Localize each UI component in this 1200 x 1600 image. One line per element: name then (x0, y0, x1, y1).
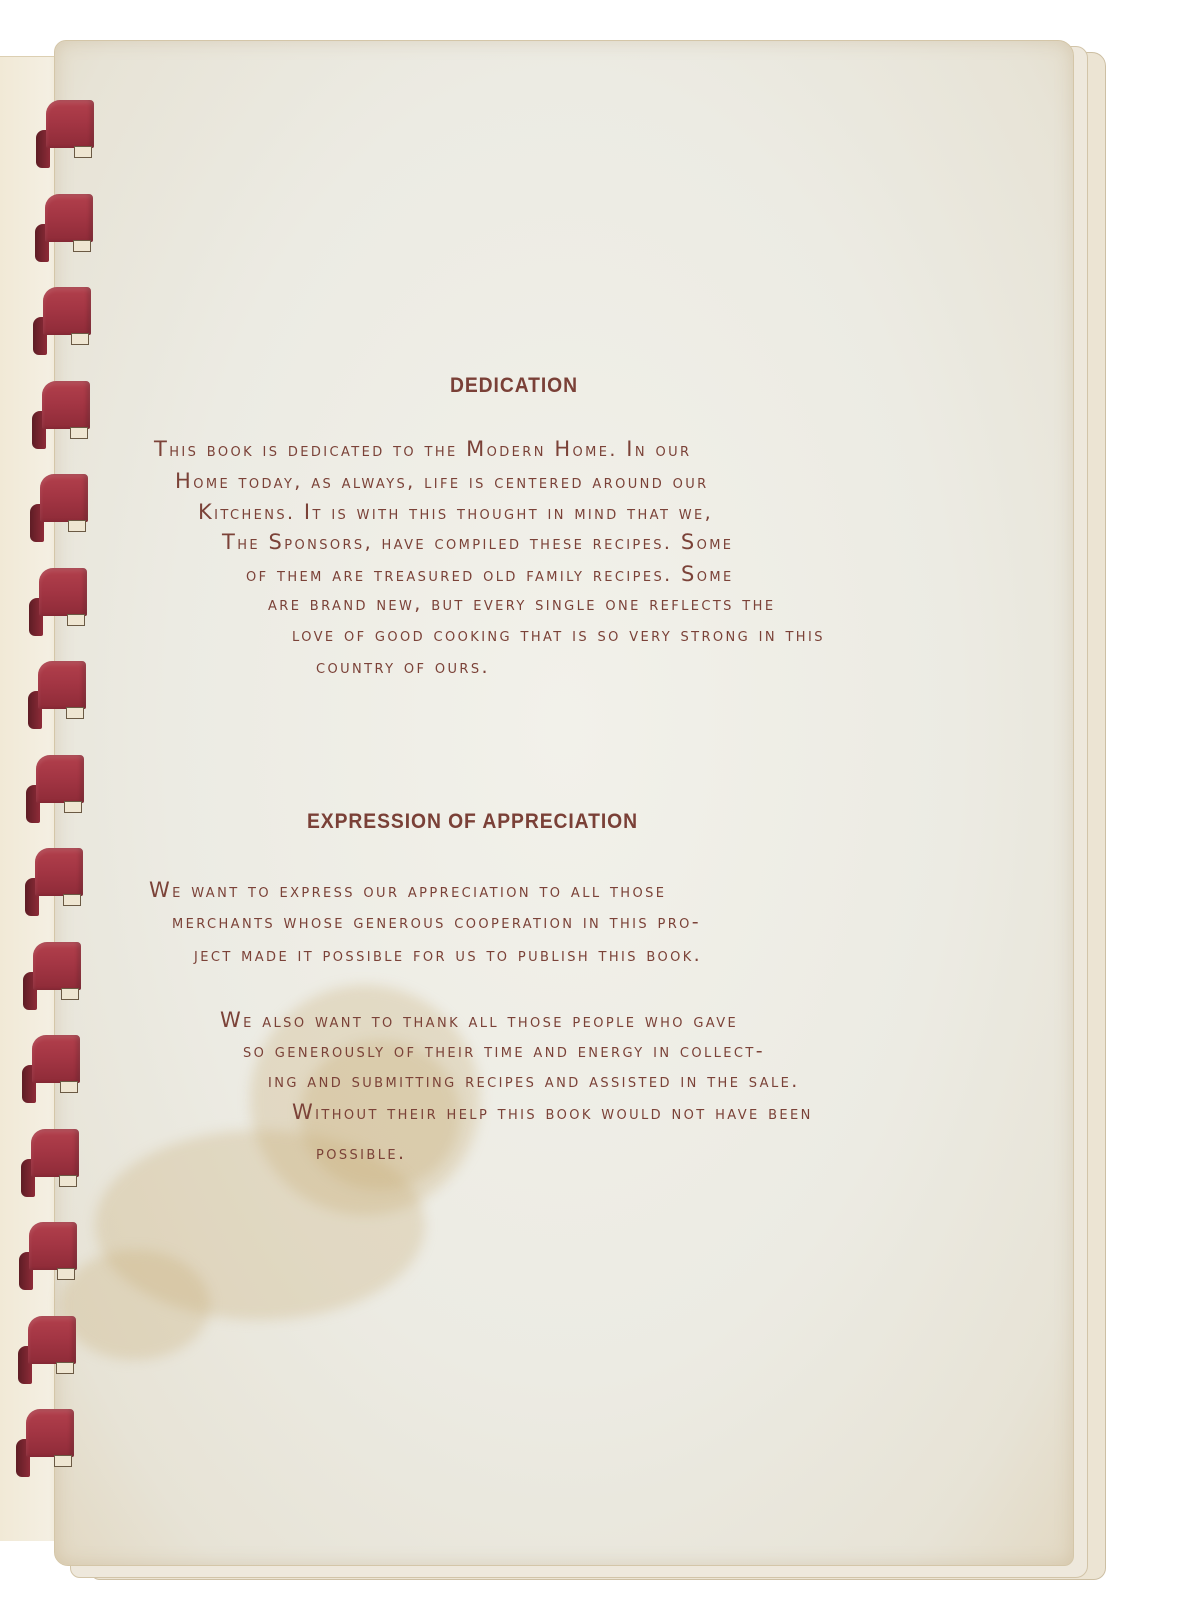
comb-binding-ring-icon (33, 287, 91, 347)
text-line: are brand new, but every single one refl… (268, 593, 775, 615)
comb-binding-ring-icon (19, 1222, 77, 1282)
comb-binding-ring-icon (26, 755, 84, 815)
comb-binding-ring-icon (29, 568, 87, 628)
text-line: ject made it possible for us to publish … (194, 944, 702, 966)
comb-binding-ring-icon (32, 381, 90, 441)
comb-binding-ring-icon (28, 661, 86, 721)
text-line: of them are treasured old family recipes… (246, 562, 734, 586)
text-line: possible. (316, 1142, 406, 1164)
text-line: so generously of their time and energy i… (243, 1040, 765, 1062)
text-line: country of ours. (316, 656, 490, 678)
text-line: love of good cooking that is so very str… (292, 624, 825, 646)
text-line: Kitchens. It is with this thought in min… (198, 500, 713, 524)
text-line: The Sponsors, have compiled these recipe… (222, 530, 733, 554)
text-line: We want to express our appreciation to a… (149, 878, 666, 902)
comb-binding-ring-icon (21, 1129, 79, 1189)
dedication-heading: DEDICATION (450, 374, 578, 398)
comb-binding-ring-icon (22, 1035, 80, 1095)
appreciation-heading: EXPRESSION OF APPRECIATION (307, 810, 638, 834)
water-stain (60, 1250, 210, 1360)
comb-binding-ring-icon (18, 1316, 76, 1376)
text-line: Without their help this book would not h… (292, 1100, 813, 1124)
text-line: This book is dedicated to the Modern Hom… (154, 437, 691, 461)
comb-binding-ring-icon (25, 848, 83, 908)
comb-binding-ring-icon (16, 1409, 74, 1469)
comb-binding-ring-icon (35, 194, 93, 254)
comb-binding-ring-icon (36, 100, 94, 160)
text-line: Home today, as always, life is centered … (175, 469, 709, 493)
text-line: We also want to thank all those people w… (220, 1008, 738, 1032)
comb-binding-ring-icon (30, 474, 88, 534)
text-line: merchants whose generous cooperation in … (172, 911, 701, 933)
cookbook-page (54, 40, 1074, 1566)
comb-binding-ring-icon (23, 942, 81, 1002)
text-line: ing and submitting recipes and assisted … (268, 1070, 800, 1092)
